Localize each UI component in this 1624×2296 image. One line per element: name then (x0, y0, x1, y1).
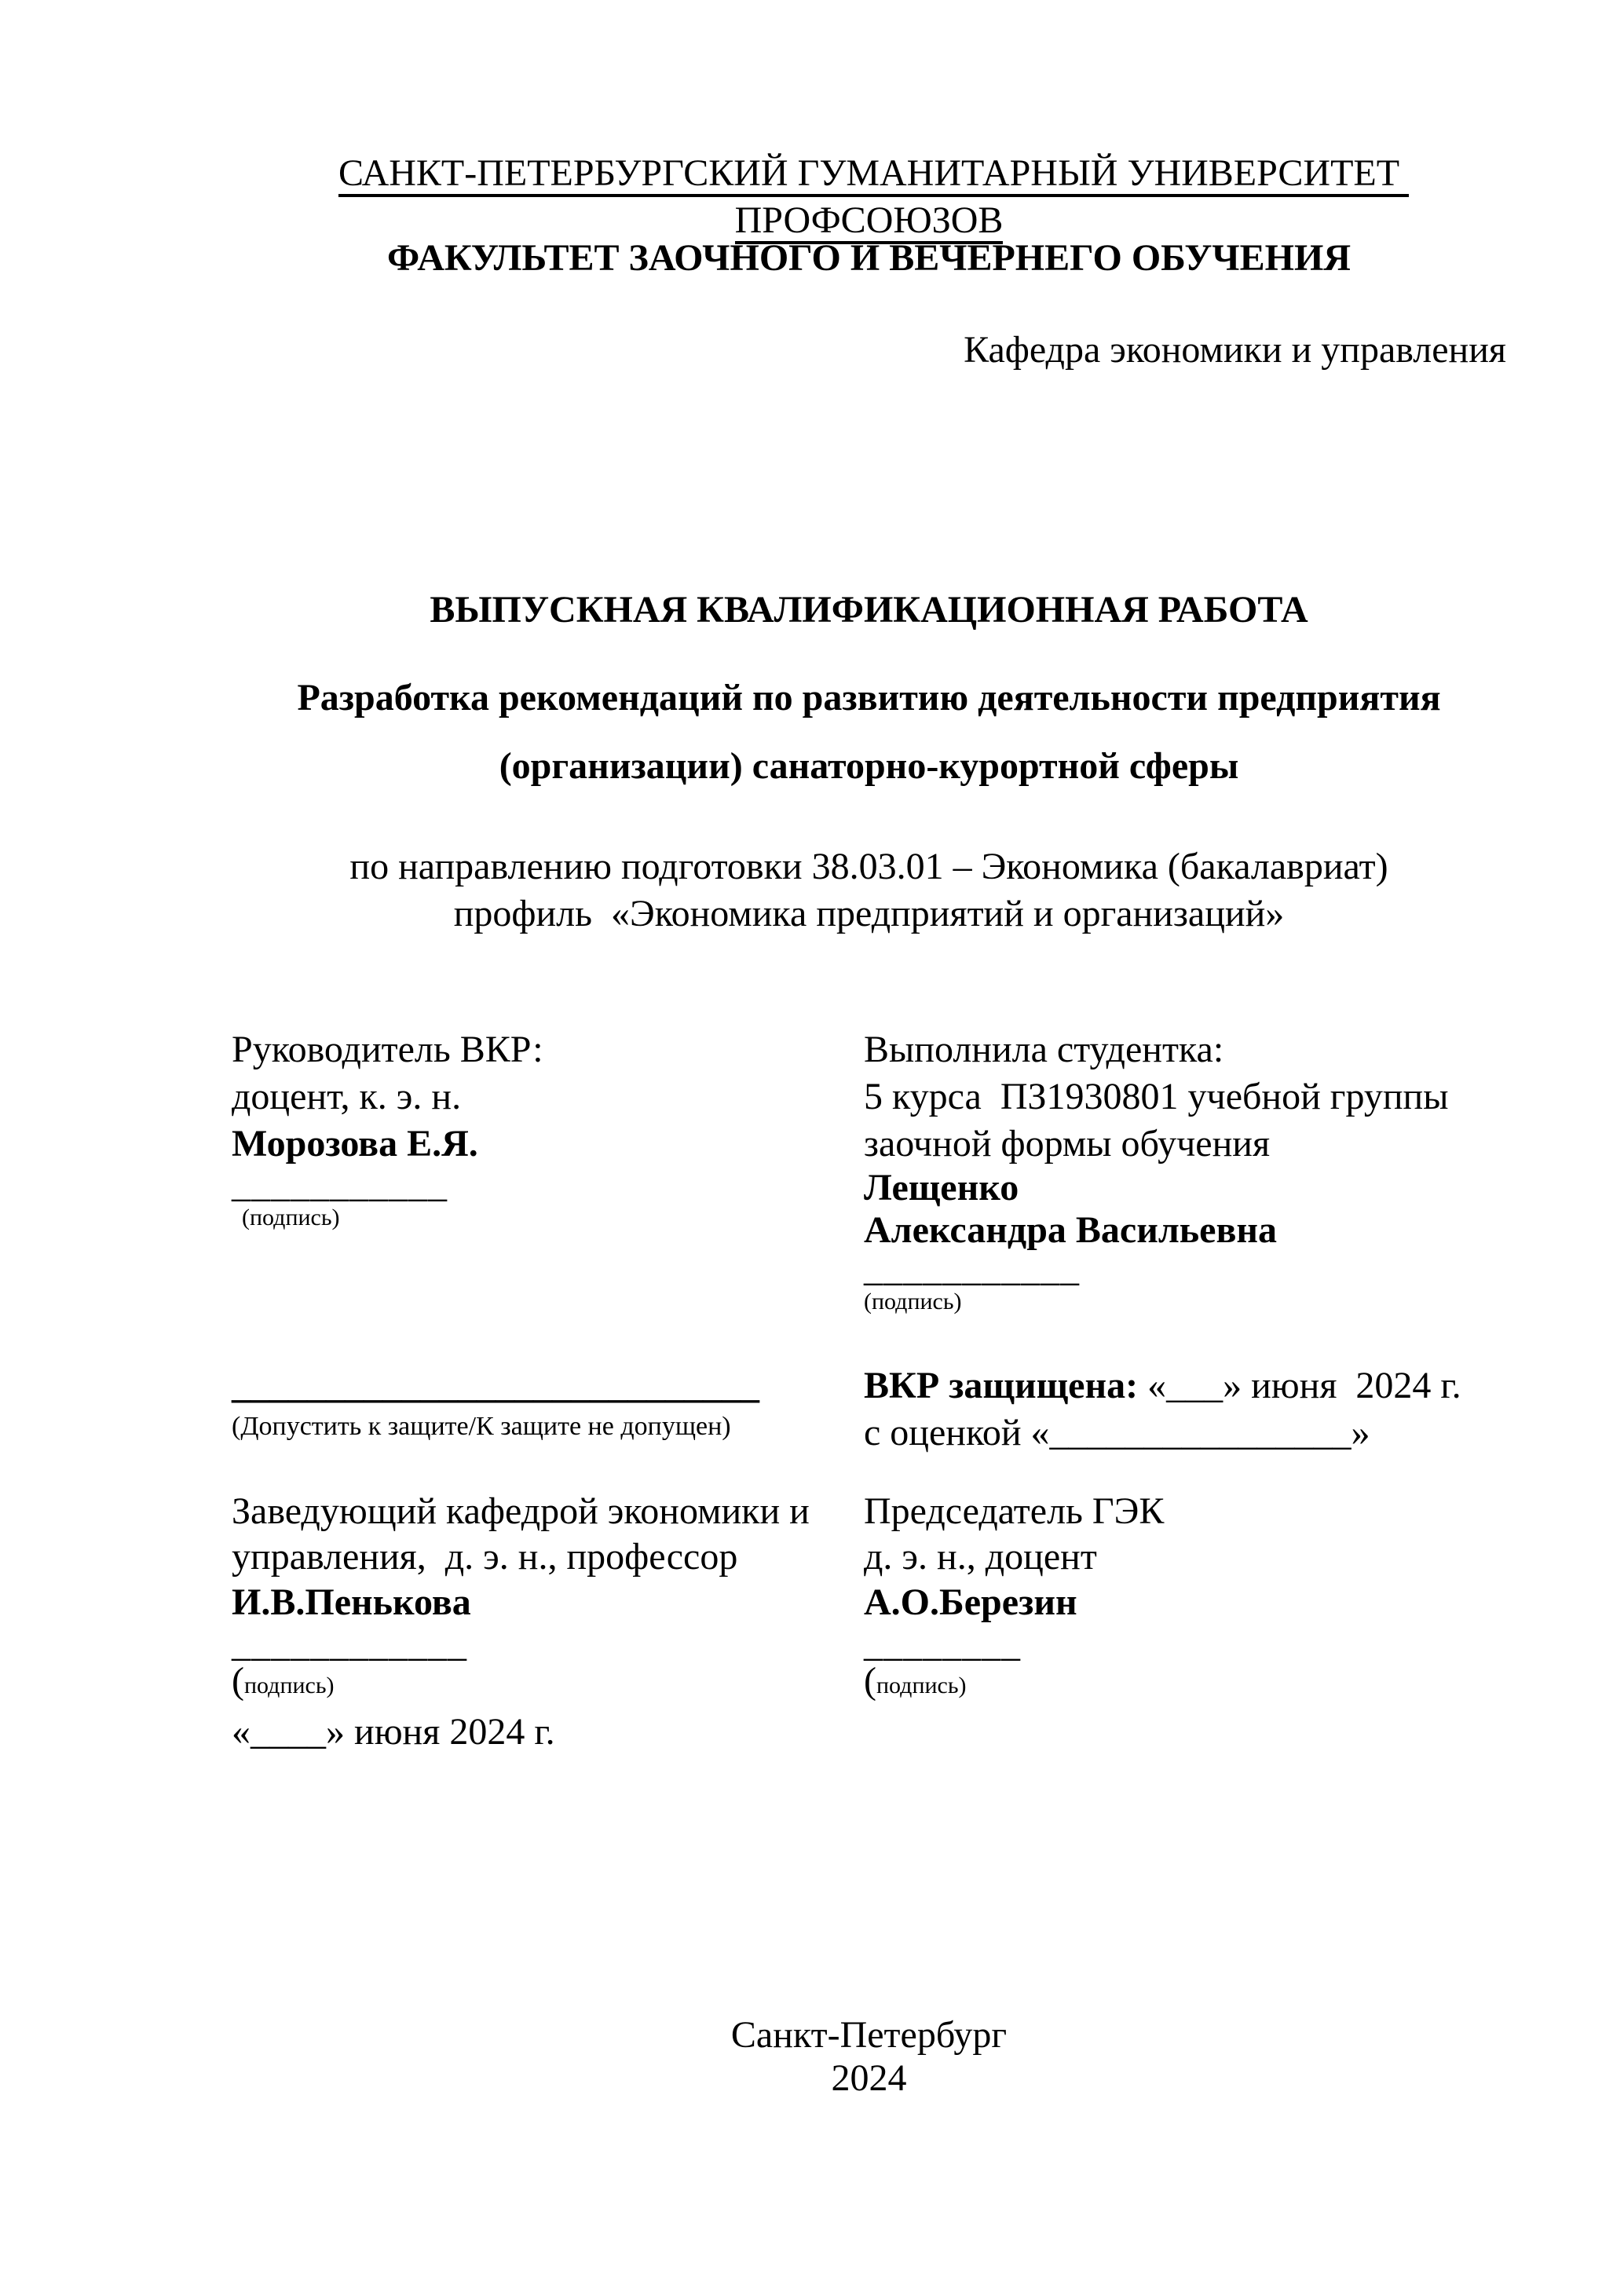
university-name: САНКТ-ПЕТЕРБУРГСКИЙ ГУМАНИТАРНЫЙ УНИВЕРС… (338, 152, 1409, 244)
student-first-patronymic: Александра Васильевна (864, 1208, 1506, 1252)
department-name: Кафедра экономики и управления (232, 327, 1506, 374)
program-line1: по направлению подготовки 38.03.01 – Эко… (232, 843, 1506, 890)
head-line1: Заведующий кафедрой экономики и (232, 1489, 860, 1534)
head-date-line: «____» июня 2024 г. (232, 1710, 860, 1754)
admission-block: ____________________________ (Допустить … (232, 1362, 860, 1444)
head-signature-line: ____________ (232, 1625, 860, 1663)
supervisor-position: доцент, к. э. н. (232, 1073, 860, 1121)
gek-caption-word: подпись) (876, 1673, 967, 1698)
supervisor-signature-caption: (подпись) (232, 1202, 860, 1234)
work-type-heading: ВЫПУСКНАЯ КВАЛИФИКАЦИОННАЯ РАБОТА (232, 587, 1506, 634)
student-signature-line: ___________ (864, 1252, 1506, 1286)
gek-caption-paren: ( (864, 1660, 876, 1702)
footer-city: Санкт-Петербург (232, 2013, 1506, 2057)
student-signature-caption: (подпись) (864, 1286, 1506, 1318)
supervisor-signature-line: ___________ (232, 1168, 860, 1202)
defense-date-text: «___» июня 2024 г. (1138, 1365, 1461, 1406)
footer-year: 2024 (232, 2057, 1506, 2099)
university-header: САНКТ-ПЕТЕРБУРГСКИЙ ГУМАНИТАРНЫЙ УНИВЕРС… (232, 150, 1506, 244)
program-line2: профиль «Экономика предприятий и организ… (232, 890, 1506, 938)
thesis-title-line1: Разработка рекомендаций по развитию деят… (232, 675, 1506, 722)
gek-line2: д. э. н., доцент (864, 1534, 1506, 1580)
defense-block: ВКР защищена: «___» июня 2024 г. с оценк… (864, 1362, 1506, 1457)
defense-date-line: ВКР защищена: «___» июня 2024 г. (864, 1362, 1506, 1409)
head-line2: управления, д. э. н., профессор (232, 1534, 860, 1580)
head-of-department-block: Заведующий кафедрой экономики и управлен… (232, 1489, 860, 1754)
supervisor-label: Руководитель ВКР: (232, 1026, 860, 1073)
defense-label: ВКР защищена: (864, 1365, 1138, 1406)
supervisor-name: Морозова Е.Я. (232, 1121, 860, 1168)
head-caption-word: подпись) (244, 1673, 335, 1698)
student-block: Выполнила студентка: 5 курса ПЗ1930801 у… (864, 1026, 1506, 1318)
student-label: Выполнила студентка: (864, 1026, 1506, 1073)
student-form-line: заочной формы обучения (864, 1121, 1506, 1168)
faculty-name: ФАКУЛЬТЕТ ЗАОЧНОГО И ВЕЧЕРНЕГО ОБУЧЕНИЯ (232, 235, 1506, 282)
gek-name: А.О.Березин (864, 1580, 1506, 1625)
admission-caption: (Допустить к защите/К защите не допущен) (232, 1409, 860, 1444)
supervisor-block: Руководитель ВКР: доцент, к. э. н. Мороз… (232, 1026, 860, 1234)
head-caption-paren: ( (232, 1660, 244, 1702)
defense-grade-line: с оценкой «________________» (864, 1409, 1506, 1457)
gek-signature-caption: (подпись) (864, 1663, 1506, 1704)
head-name: И.В.Пенькова (232, 1580, 860, 1625)
gek-signature-line: ________ (864, 1625, 1506, 1663)
footer: Санкт-Петербург 2024 (232, 2013, 1506, 2099)
head-signature-caption: (подпись) (232, 1663, 860, 1704)
gek-line1: Председатель ГЭК (864, 1489, 1506, 1534)
student-surname: Лещенко (864, 1168, 1506, 1208)
thesis-title-line2: (организации) санаторно-курортной сферы (232, 743, 1506, 790)
student-group-line: 5 курса ПЗ1930801 учебной группы (864, 1073, 1506, 1121)
gek-chairman-block: Председатель ГЭК д. э. н., доцент А.О.Бе… (864, 1489, 1506, 1704)
admission-blank-line: ____________________________ (232, 1362, 860, 1409)
document-page: САНКТ-ПЕТЕРБУРГСКИЙ ГУМАНИТАРНЫЙ УНИВЕРС… (0, 0, 1624, 2296)
